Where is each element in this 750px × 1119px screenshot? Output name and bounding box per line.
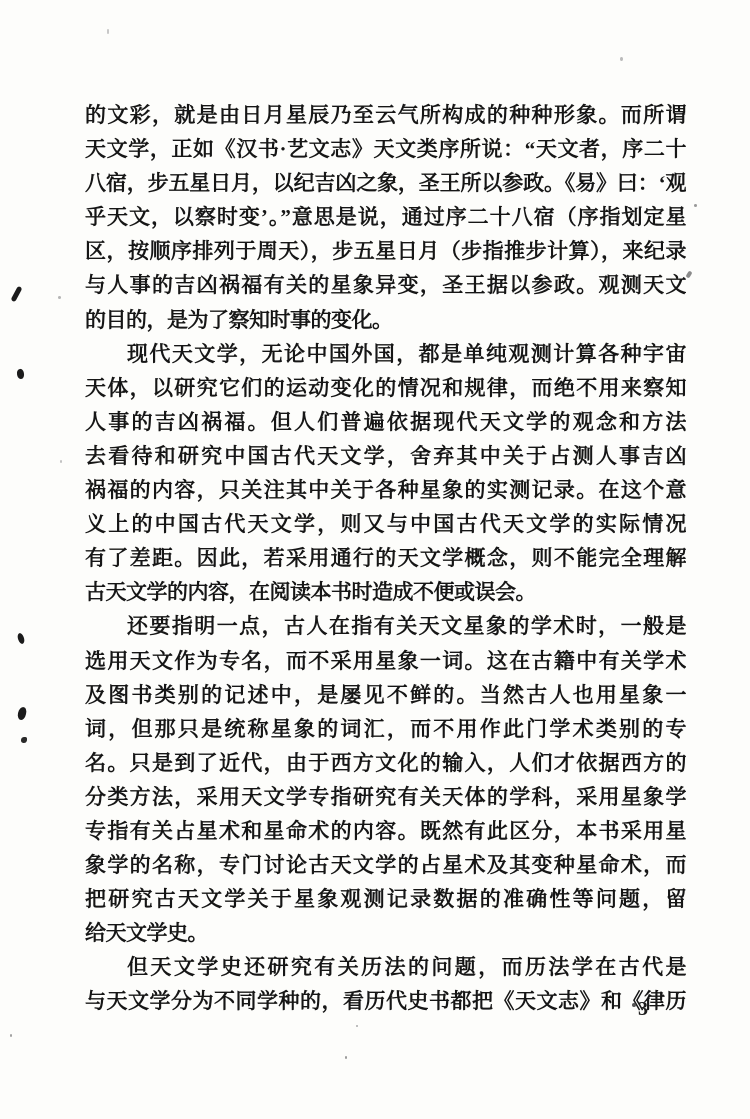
scan-artifact	[58, 296, 61, 299]
text-line: 人事的吉凶祸福。但人们普遍依据现代天文学的观念和方法	[85, 405, 686, 439]
scan-artifact	[694, 204, 697, 207]
text-line: 八宿，步五星日月，以纪吉凶之象，圣王所以参政。《易》曰：‘观	[85, 166, 686, 200]
text-line: 现代天文学，无论中国外国，都是单纯观测计算各种宇宙	[85, 337, 686, 371]
text-line: 天体，以研究它们的运动变化的情况和规律，而绝不用来察知	[85, 371, 686, 405]
text-line: 与人事的吉凶祸福有关的星象异变，圣王据以参政。观测天文	[85, 268, 686, 302]
text-line: 义上的中国古代天文学，则又与中国古代天文学的实际情况	[85, 507, 686, 541]
text-block: 的文彩，就是由日月星辰乃至云气所构成的种种形象。而所谓天文学，正如《汉书·艺文志…	[85, 98, 686, 1019]
text-line: 去看待和研究中国古代天文学，舍弃其中关于占测人事吉凶	[85, 439, 686, 473]
scan-artifact	[356, 1025, 358, 1027]
text-line: 分类方法，采用天文学专指研究有关天体的学科，采用星象学	[85, 780, 686, 814]
text-line: 天文学，正如《汉书·艺文志》天文类序所说：“天文者，序二十	[85, 132, 686, 166]
scan-artifact	[60, 460, 62, 463]
text-line: 词，但那只是统称星象的词汇，而不用作此门学术类别的专	[85, 712, 686, 746]
text-line: 区，按顺序排列于周天），步五星日月（步指推步计算），来纪录	[85, 234, 686, 268]
text-line: 的文彩，就是由日月星辰乃至云气所构成的种种形象。而所谓	[85, 98, 686, 132]
text-line: 有了差距。因此，若采用通行的天文学概念，则不能完全理解	[85, 541, 686, 575]
text-line: 还要指明一点，古人在指有关天文星象的学术时，一般是	[85, 609, 686, 643]
text-line: 的目的，是为了察知时事的变化。	[85, 303, 686, 337]
text-line: 名。只是到了近代，由于西方文化的输入，人们才依据西方的	[85, 746, 686, 780]
book-page: 的文彩，就是由日月星辰乃至云气所构成的种种形象。而所谓天文学，正如《汉书·艺文志…	[0, 0, 750, 1119]
text-line: 及图书类别的记述中，是屡见不鲜的。当然古人也用星象一	[85, 678, 686, 712]
text-line: 古天文学的内容，在阅读本书时造成不便或误会。	[85, 575, 686, 609]
text-line: 与天文学分为不同学种的，看历代史书都把《天文志》和《律历	[85, 984, 686, 1018]
text-line: 选用天文作为专名，而不采用星象一词。这在古籍中有关学术	[85, 644, 686, 678]
scan-artifact	[21, 737, 27, 743]
page-number: 3	[638, 998, 648, 1021]
scan-artifact	[11, 286, 23, 302]
scan-artifact	[685, 270, 692, 278]
scan-artifact	[620, 57, 623, 61]
text-line: 给天文学史。	[85, 916, 686, 950]
scan-artifact	[16, 632, 25, 644]
scan-artifact	[16, 368, 25, 379]
text-line: 但天文学史还研究有关历法的问题，而历法学在古代是	[85, 950, 686, 984]
text-line: 祸福的内容，只关注其中关于各种星象的实测记录。在这个意	[85, 473, 686, 507]
scan-artifact	[10, 1034, 12, 1037]
scan-artifact	[345, 1056, 347, 1059]
text-line: 专指有关占星术和星命术的内容。既然有此区分，本书采用星	[85, 814, 686, 848]
scan-artifact	[17, 706, 28, 720]
text-line: 象学的名称，专门讨论古天文学的占星术及其变种星命术，而	[85, 848, 686, 882]
text-line: 把研究古天文学关于星象观测记录数据的准确性等问题，留	[85, 882, 686, 916]
scan-artifact	[632, 1003, 636, 1007]
text-line: 乎天文，以察时变’。”意思是说，通过序二十八宿（序指划定星	[85, 200, 686, 234]
scan-artifact	[107, 29, 109, 34]
